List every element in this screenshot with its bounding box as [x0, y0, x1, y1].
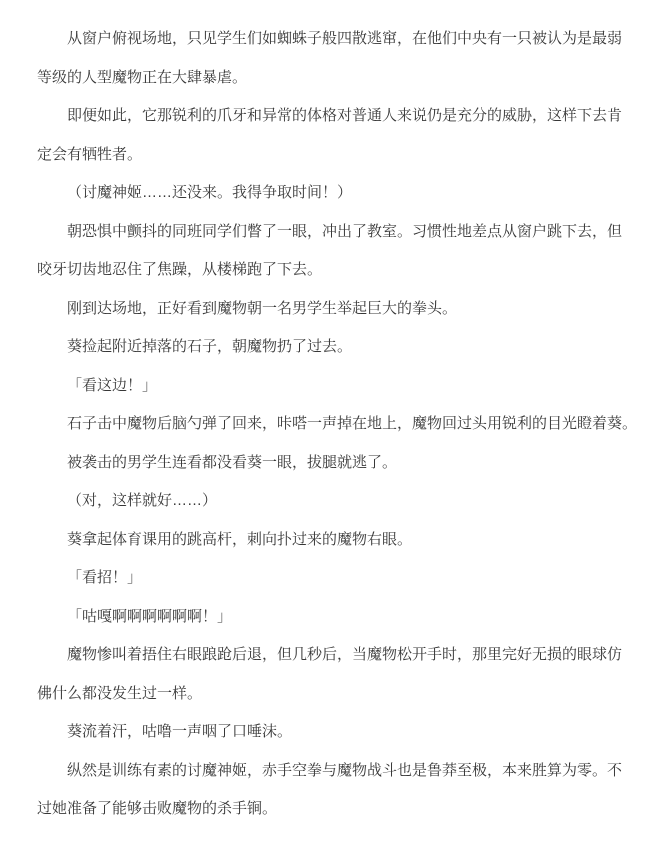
text-line: 被袭击的男学生连看都没看葵一眼，拔腿就逃了。 [37, 444, 613, 483]
text-line: 定会有牺牲者。 [37, 136, 613, 175]
text-line: 葵流着汗，咕噜一声咽了口唾沫。 [37, 713, 613, 752]
text-line: 朝恐惧中颤抖的同班同学们瞥了一眼，冲出了教室。习惯性地差点从窗户跳下去，但 [37, 213, 613, 252]
text-line: 「看这边！」 [37, 367, 613, 406]
paragraph: 「看这边！」 [37, 367, 613, 406]
paragraph: 石子击中魔物后脑勺弹了回来，咔嗒一声掉在地上，魔物回过头用锐利的目光瞪着葵。 [37, 405, 613, 444]
text-line: 纵然是训练有素的讨魔神姬，赤手空拳与魔物战斗也是鲁莽至极，本来胜算为零。不 [37, 752, 613, 791]
text-line: 魔物惨叫着捂住右眼踉跄后退，但几秒后，当魔物松开手时，那里完好无损的眼球仿 [37, 636, 613, 675]
paragraph: （对，这样就好……） [37, 482, 613, 521]
paragraph: 葵拿起体育课用的跳高杆，刺向扑过来的魔物右眼。 [37, 521, 613, 560]
paragraph: 「看招！」 [37, 559, 613, 598]
paragraph: 从窗户俯视场地，只见学生们如蜘蛛子般四散逃窜，在他们中央有一只被认为是最弱 等级… [37, 20, 613, 97]
paragraph: 被袭击的男学生连看都没看葵一眼，拔腿就逃了。 [37, 444, 613, 483]
text-line: 从窗户俯视场地，只见学生们如蜘蛛子般四散逃窜，在他们中央有一只被认为是最弱 [37, 20, 613, 59]
paragraph: 葵捡起附近掉落的石子，朝魔物扔了过去。 [37, 328, 613, 367]
paragraph: 魔物惨叫着捂住右眼踉跄后退，但几秒后，当魔物松开手时，那里完好无损的眼球仿 佛什… [37, 636, 613, 713]
paragraph: 「咕嘎啊啊啊啊啊啊！」 [37, 598, 613, 637]
text-line: （对，这样就好……） [37, 482, 613, 521]
paragraph: 即便如此，它那锐利的爪牙和异常的体格对普通人来说仍是充分的威胁，这样下去肯 定会… [37, 97, 613, 174]
paragraph: 朝恐惧中颤抖的同班同学们瞥了一眼，冲出了教室。习惯性地差点从窗户跳下去，但 咬牙… [37, 213, 613, 290]
paragraph: 葵流着汗，咕噜一声咽了口唾沫。 [37, 713, 613, 752]
text-line: 过她准备了能够击败魔物的杀手锏。 [37, 790, 613, 829]
paragraph: 纵然是训练有素的讨魔神姬，赤手空拳与魔物战斗也是鲁莽至极，本来胜算为零。不 过她… [37, 752, 613, 829]
paragraph: （讨魔神姬……还没来。我得争取时间！） [37, 174, 613, 213]
text-line: 「看招！」 [37, 559, 613, 598]
text-line: （讨魔神姬……还没来。我得争取时间！） [37, 174, 613, 213]
text-line: 葵捡起附近掉落的石子，朝魔物扔了过去。 [37, 328, 613, 367]
text-line: 佛什么都没发生过一样。 [37, 675, 613, 714]
text-line: 咬牙切齿地忍住了焦躁，从楼梯跑了下去。 [37, 251, 613, 290]
novel-page: 从窗户俯视场地，只见学生们如蜘蛛子般四散逃窜，在他们中央有一只被认为是最弱 等级… [0, 0, 650, 850]
text-line: 葵拿起体育课用的跳高杆，刺向扑过来的魔物右眼。 [37, 521, 613, 560]
paragraph: 刚到达场地，正好看到魔物朝一名男学生举起巨大的拳头。 [37, 290, 613, 329]
text-line: 即便如此，它那锐利的爪牙和异常的体格对普通人来说仍是充分的威胁，这样下去肯 [37, 97, 613, 136]
text-line: 等级的人型魔物正在大肆暴虐。 [37, 59, 613, 98]
text-line: 刚到达场地，正好看到魔物朝一名男学生举起巨大的拳头。 [37, 290, 613, 329]
text-line: 石子击中魔物后脑勺弹了回来，咔嗒一声掉在地上，魔物回过头用锐利的目光瞪着葵。 [37, 405, 613, 444]
text-line: 「咕嘎啊啊啊啊啊啊！」 [37, 598, 613, 637]
